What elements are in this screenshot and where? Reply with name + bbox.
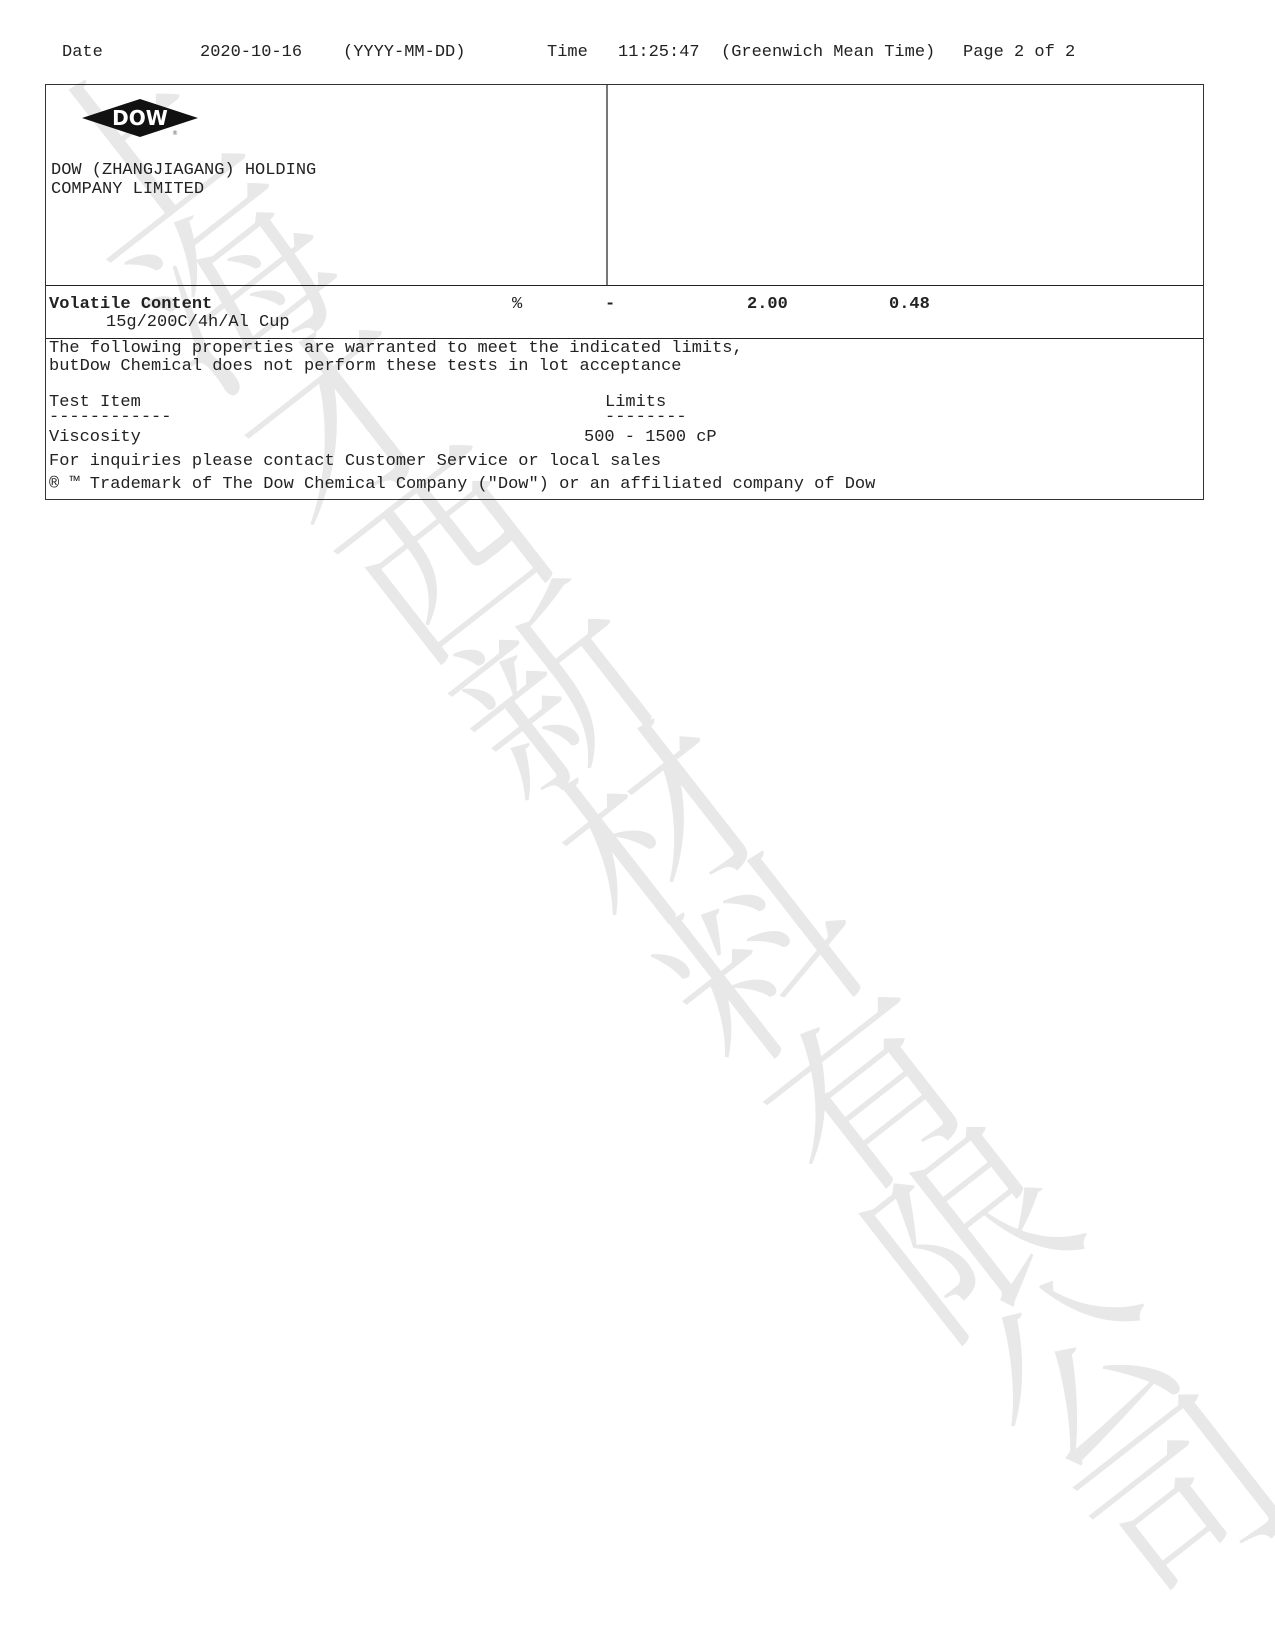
property-name: Volatile Content [49,295,212,314]
header-time-label: Time [547,43,588,62]
company-cell: DOW ® DOW (ZHANGJIAGANG) HOLDING COMPANY… [46,85,608,285]
watermark-char: 材 [527,697,794,964]
company-header-row: DOW ® DOW (ZHANGJIAGANG) HOLDING COMPANY… [46,85,1203,286]
column-limits-rule: -------- [605,408,687,427]
upper-limit: 2.00 [747,295,788,314]
company-name: DOW (ZHANGJIAGANG) HOLDING COMPANY LIMIT… [51,161,316,199]
contact-note: For inquiries please contact Customer Se… [49,452,661,471]
test-item-limits: 500 - 1500 cP [584,428,717,447]
lower-limit: - [605,295,615,314]
svg-text:DOW: DOW [112,106,168,130]
header-date-value: 2020-10-16 [200,43,302,62]
header-page-number: Page 2 of 2 [963,43,1075,62]
watermark-char: 有 [737,967,1004,1234]
watermark-char: 料 [632,832,899,1099]
warranty-line2: butDow Chemical does not perform these t… [49,357,682,376]
column-test-item-rule: ------------ [49,408,171,427]
result-value: 0.48 [889,295,930,314]
warranty-section: The following properties are warranted t… [46,339,1203,499]
header-time-zone: (Greenwich Mean Time) [721,43,935,62]
blank-cell [608,85,1203,285]
svg-text:®: ® [172,130,178,137]
unit: % [512,295,522,314]
test-method: 15g/200C/4h/Al Cup [106,313,290,332]
watermark-char: 新 [422,562,689,829]
watermark-char: 司 [1052,1372,1275,1639]
dow-logo-icon: DOW ® [82,99,202,146]
result-row: Volatile Content 15g/200C/4h/Al Cup % - … [46,286,1203,339]
warranty-line1: The following properties are warranted t… [49,339,743,358]
watermark-char: 公 [947,1237,1214,1504]
trademark-note: ® ™ Trademark of The Dow Chemical Compan… [49,475,875,494]
header-time-value: 11:25:47 [618,43,700,62]
company-name-line2: COMPANY LIMITED [51,180,204,199]
company-name-line1: DOW (ZHANGJIAGANG) HOLDING [51,161,316,180]
header-date-label: Date [62,43,103,62]
test-item-name: Viscosity [49,428,141,447]
certificate-table: DOW ® DOW (ZHANGJIAGANG) HOLDING COMPANY… [45,84,1204,500]
watermark-char: 限 [842,1102,1109,1369]
header-date-format: (YYYY-MM-DD) [343,43,465,62]
